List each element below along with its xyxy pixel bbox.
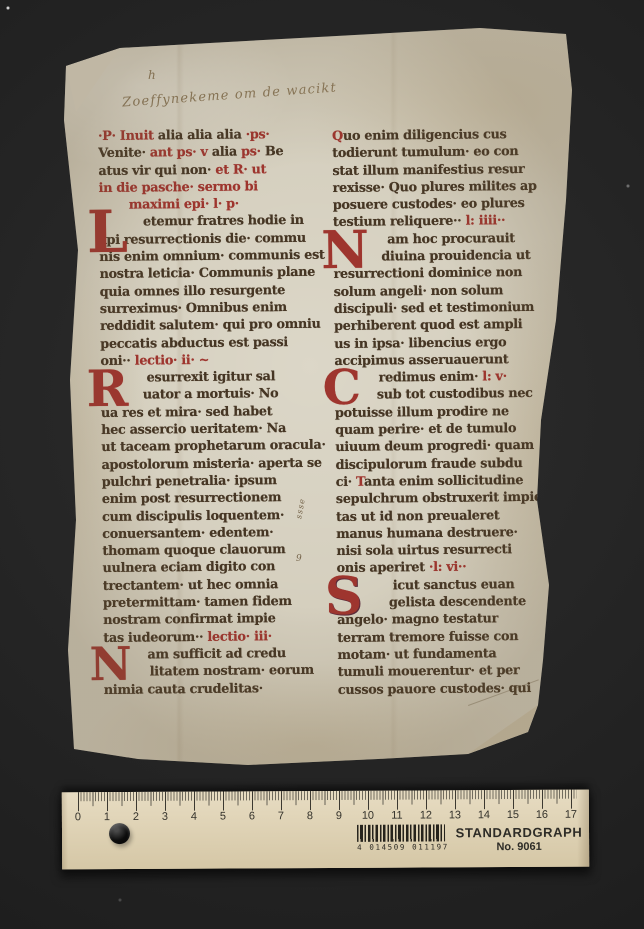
rubric-text: ·ps· — [246, 127, 270, 142]
ink-text: diuina prouidencia ut — [381, 248, 530, 265]
photo-background: h Zoeffynekeme om de wacikt ·P· Inuit al… — [0, 0, 644, 929]
ink-text: todierunt tumulum· eo con — [332, 144, 518, 161]
ink-text: nis enim omnium· communis est — [99, 248, 324, 265]
ink-text: redimus enim· — [379, 370, 483, 386]
drop-cap-initial: R — [87, 368, 129, 411]
ruler-number: 3 — [162, 811, 168, 823]
ink-text: discipuli· sed et testimonium — [334, 300, 534, 317]
ink-text: manus humana destruere· — [336, 525, 518, 542]
ink-text: pulchri penetralia· ipsum — [102, 473, 277, 490]
ruler-number: 12 — [420, 809, 432, 821]
ink-text: perhiberent quod est ampli — [334, 317, 522, 334]
ruler-number: 6 — [249, 810, 255, 822]
page-fold-top-left — [60, 26, 140, 127]
ruler-number: 17 — [565, 809, 577, 821]
ink-text: discipulorum fraude subdu — [335, 456, 522, 473]
ink-text: uo enim diligencius cus — [343, 127, 507, 144]
ink-text: rexisse· Quo plures milites ap — [333, 179, 537, 196]
manuscript-column-right: Quo enim diligencius custodierunt tumulu… — [332, 126, 558, 699]
ink-text: reddidit salutem· qui pro omniu — [100, 317, 321, 334]
ink-text: tas ut id non preualeret — [336, 508, 500, 525]
ink-text: trectantem· ut hec omnia — [103, 577, 278, 594]
drop-cap-initial: N — [321, 229, 369, 274]
ruler-number: 4 — [191, 811, 197, 823]
ink-text: ut taceam prophetarum oracula· — [101, 438, 325, 455]
ink-text: litatem nostram· eorum — [150, 663, 314, 680]
ruler-number: 0 — [75, 811, 81, 823]
rubric-text: maximi epi· l· p· — [129, 197, 239, 213]
ink-text: thomam quoque clauorum — [102, 542, 285, 559]
ink-text: uiuum deum progredi· quam — [335, 438, 534, 455]
ruler-number: 15 — [507, 809, 519, 821]
ink-text: stat illum manifestius resur — [332, 162, 524, 179]
ink-text: alia — [212, 145, 241, 160]
ruler-number: 9 — [336, 810, 342, 822]
drop-cap-initial: L — [87, 208, 128, 258]
ink-text: anta enim sollicitudine — [364, 473, 523, 490]
ink-text: xpi resurrectionis die· commu — [99, 231, 306, 248]
manuscript-line: discipulorum fraude subdu — [335, 454, 555, 474]
manuscript-line: reddidit salutem· qui pro omniu — [100, 316, 320, 336]
manuscript-line: posuere custodes· eo plures — [333, 195, 553, 215]
ink-text: uulnera eciam digito con — [103, 560, 276, 577]
manuscript-line: perhiberent quod est ampli — [334, 316, 554, 336]
manuscript-line: etemur fratres hodie in — [99, 212, 319, 232]
ink-text: Venite· — [98, 146, 150, 162]
rubric-text: l: v· — [482, 369, 507, 384]
ruler-number: 14 — [478, 809, 490, 821]
ink-text: enim post resurrectionem — [102, 490, 281, 507]
ruler-number: 11 — [391, 810, 402, 822]
ink-text: alia alia alia — [154, 127, 246, 143]
barcode: 4 014509 011197 — [357, 824, 445, 851]
manuscript-page: h Zoeffynekeme om de wacikt ·P· Inuit al… — [60, 26, 575, 771]
ink-text: terram tremore fuisse con — [337, 629, 518, 646]
barcode-digits: 4 014509 011197 — [357, 842, 445, 851]
ink-text: Be — [265, 144, 284, 159]
manuscript-line: litatem nostram· eorum — [104, 662, 324, 682]
ink-text: cussos pauore custodes· qui — [338, 680, 531, 697]
ink-text: nostram confirmat impie — [103, 611, 276, 628]
ink-text: posuere custodes· eo plures — [333, 196, 525, 213]
ink-text: sepulchrum obstruxerit impie — [336, 490, 542, 507]
rubric-text: Q — [332, 129, 343, 144]
manuscript-line: ut taceam prophetarum oracula· — [101, 437, 321, 457]
ink-text: etemur fratres hodie in — [143, 213, 304, 230]
ruler-number: 13 — [449, 809, 461, 821]
manuscript-line: peccatis abductus est passi — [100, 333, 320, 353]
ruler-number: 7 — [278, 810, 284, 822]
ink-text: am hoc procurauit — [387, 231, 515, 247]
ink-text: quam perire· et de tumulo — [335, 421, 516, 438]
ruler-number: 1 — [104, 811, 110, 823]
manuscript-line: sub tot custodibus nec — [335, 385, 555, 405]
ink-text: am sufficit ad credu — [147, 646, 285, 662]
manuscript-line: uiuum deum progredi· quam — [335, 437, 555, 457]
rubric-text: l: iiii·· — [466, 214, 506, 229]
ruler-number: 10 — [362, 810, 374, 822]
ink-text: tumuli mouerentur· et per — [338, 663, 520, 680]
rubric-text: ant ps· v — [150, 145, 212, 161]
manuscript-line: gelista descendente — [337, 593, 557, 613]
ruler-brand-label: STANDARDGRAPH — [454, 825, 584, 841]
ruler-number: 8 — [307, 810, 313, 822]
manuscript-line: apostolorum misteria· aperta se — [101, 454, 321, 474]
ink-text: hec assercio ueritatem· Na — [101, 421, 286, 438]
ruler-cm-ticks — [78, 790, 577, 812]
drop-cap-initial: S — [325, 575, 363, 620]
ownership-inscription: Zoeffynekeme om de wacikt — [122, 81, 338, 111]
barcode-bars — [357, 824, 445, 841]
manuscript-line: pretermittam· tamen fidem — [103, 593, 323, 613]
manuscript-line: nostra leticia· Communis plane — [99, 264, 319, 284]
ink-text: nisi sola uirtus resurrecti — [336, 542, 511, 559]
ink-text: quia omnes illo resurgente — [100, 283, 286, 300]
rubric-text: ps· — [241, 145, 265, 160]
rubric-text: in die pasche· sermo bi — [99, 179, 258, 196]
manuscript-line: sepulchrum obstruxerit impie — [336, 489, 556, 509]
ink-text: pretermittam· tamen fidem — [103, 594, 292, 611]
ink-text: cum discipulis loquentem· — [102, 508, 284, 525]
ink-text: ci· — [336, 475, 357, 490]
ruler-hanging-hole — [109, 823, 130, 844]
ink-text: conuersantem· edentem· — [102, 525, 273, 542]
ink-text: atus vir qui non· — [98, 162, 215, 178]
rubric-text: ·P· Inuit — [98, 128, 154, 144]
ruler-ticks — [78, 790, 577, 802]
drop-cap-initial: N — [89, 645, 131, 685]
drop-cap-initial: C — [323, 368, 362, 409]
ink-text: apostolorum misteria· aperta se — [101, 455, 321, 472]
ink-text: us in ipsa· libencius ergo — [334, 335, 506, 352]
manuscript-line: cussos pauore custodes· qui — [338, 679, 558, 699]
ruler: 01234567891011121314151617 4 014509 0111… — [62, 790, 589, 870]
ink-text: surreximus· Omnibus enim — [100, 300, 287, 317]
ruler-number: 16 — [536, 809, 548, 821]
manuscript-line: nimia cauta crudelitas· — [104, 679, 324, 699]
margin-note-mark: 9 — [296, 554, 302, 564]
ink-text: sub tot custodibus nec — [377, 386, 533, 403]
ink-text: motam· ut fundamenta — [337, 646, 496, 663]
ink-text: peccatis abductus est passi — [100, 335, 288, 352]
ruler-model-label: No. 9061 — [454, 841, 584, 854]
manuscript-line: stat illum manifestius resur — [332, 160, 552, 180]
rubric-text: ·l: vi·· — [429, 560, 466, 575]
rubric-text: lectio· ii· ~ — [135, 353, 210, 369]
rubric-text: lectio· iii· — [207, 629, 272, 645]
ink-text: esurrexit igitur sal — [147, 369, 276, 385]
ruler-number: 2 — [133, 811, 139, 823]
ink-text: icut sanctus euan — [393, 577, 515, 593]
rubric-text: et R· ut — [215, 162, 266, 178]
ink-text: nostra leticia· Communis plane — [99, 265, 315, 282]
ink-text: gelista descendente — [389, 594, 526, 610]
ink-text: uator a mortuis· No — [143, 387, 279, 403]
ink-text: solum angeli· non solum — [334, 283, 504, 300]
ruler-number: 5 — [220, 811, 226, 823]
manuscript-column-left: ·P· Inuit alia alia alia ·ps·Venite· ant… — [98, 126, 324, 699]
inscription-mark: h — [148, 68, 156, 82]
